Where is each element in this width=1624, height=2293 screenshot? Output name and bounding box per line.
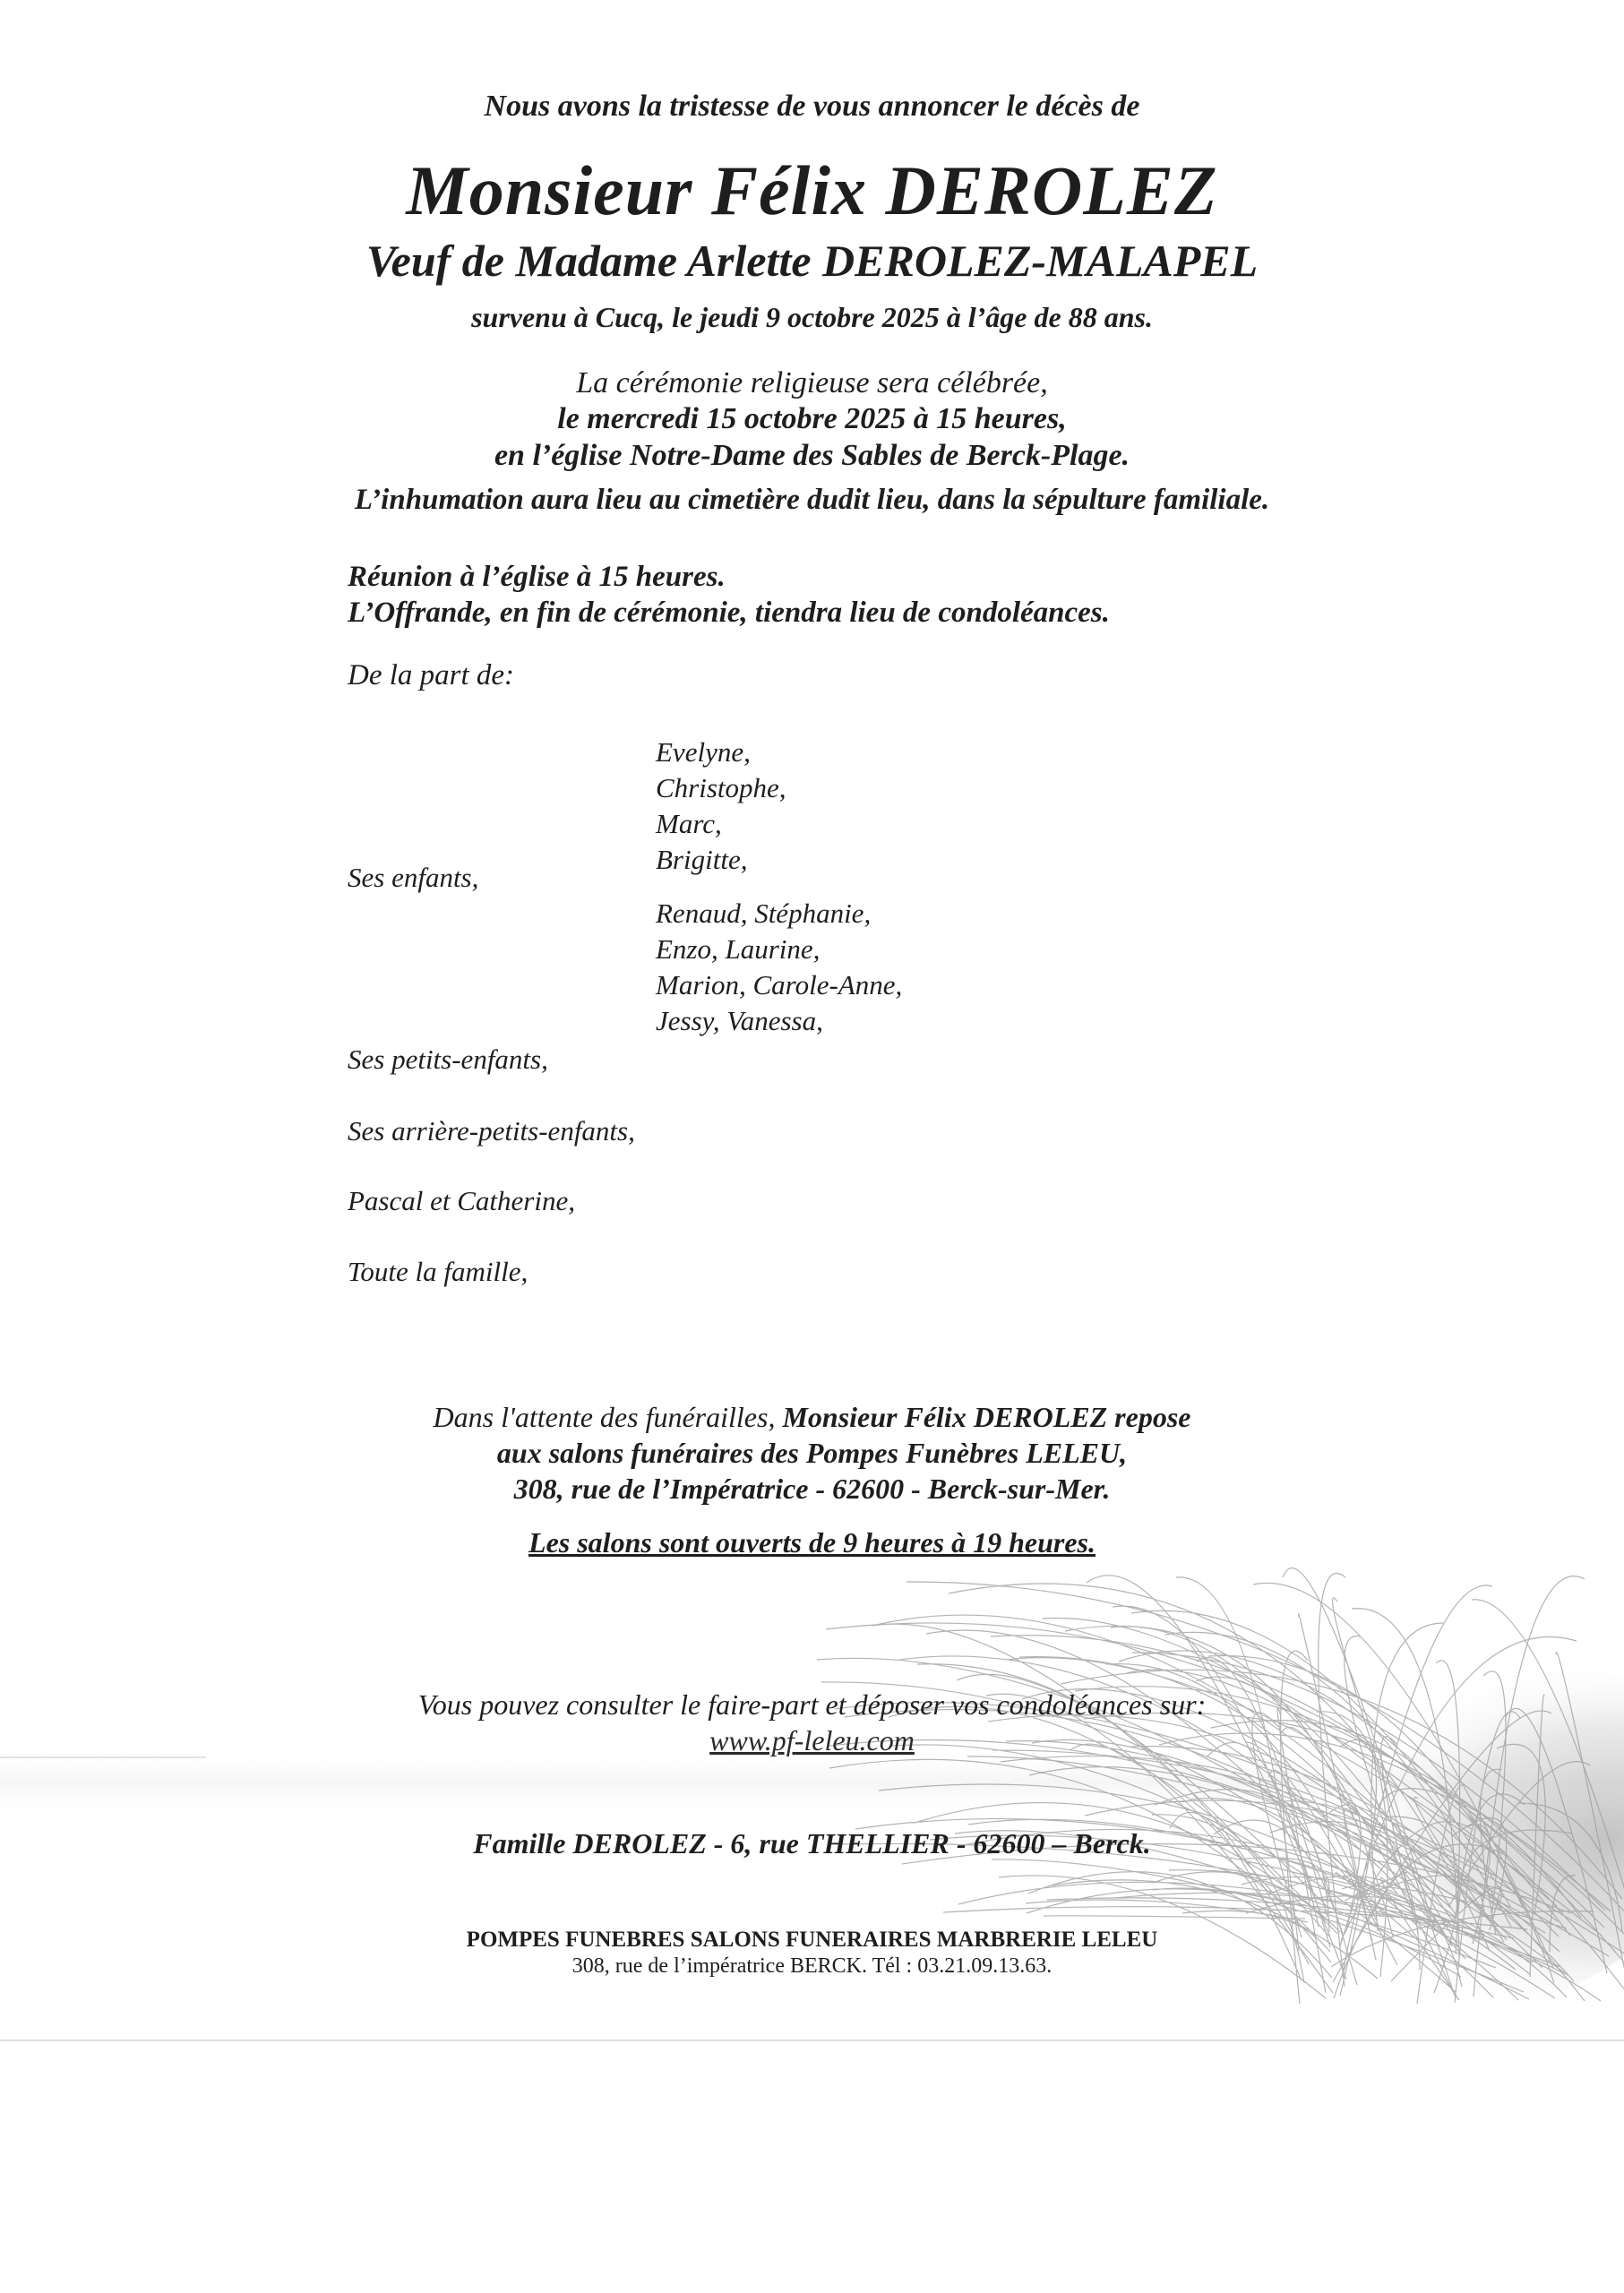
ceremony-location: en l’église Notre-Dame des Sables de Ber… bbox=[0, 438, 1624, 474]
ceremony-line-1: La cérémonie religieuse sera célébrée, bbox=[0, 365, 1624, 401]
grandchildren-label: Ses petits-enfants, bbox=[348, 1043, 548, 1076]
burial-info: L’inhumation aura lieu au cimetière dudi… bbox=[0, 484, 1624, 517]
grandchildren-names-list: Renaud, Stéphanie, Enzo, Laurine, Marion… bbox=[656, 896, 902, 1039]
online-condolences-text: Vous pouvez consulter le faire-part et d… bbox=[0, 1688, 1624, 1722]
from-label: De la part de: bbox=[348, 659, 514, 692]
list-item: Jessy, Vanessa, bbox=[656, 1003, 902, 1039]
beach-grass-image bbox=[0, 1523, 1624, 2060]
company-address: 308, rue de l’impératrice BERCK. Tél : 0… bbox=[0, 1954, 1624, 1979]
other-relatives: Pascal et Catherine, bbox=[348, 1185, 575, 1217]
family-address: Famille DEROLEZ - 6, rue THELLIER - 6260… bbox=[0, 1827, 1624, 1860]
intro-text: Nous avons la tristesse de vous annoncer… bbox=[0, 90, 1624, 124]
list-item: Christophe, bbox=[656, 770, 786, 806]
repose-address: 308, rue de l’Impératrice - 62600 - Berc… bbox=[0, 1471, 1624, 1507]
opening-hours: Les salons sont ouverts de 9 heures à 19… bbox=[0, 1526, 1624, 1559]
all-family-label: Toute la famille, bbox=[348, 1256, 528, 1288]
repose-name: Monsieur Félix DEROLEZ repose bbox=[782, 1401, 1190, 1433]
list-item: Enzo, Laurine, bbox=[656, 932, 902, 967]
death-details: survenu à Cucq, le jeudi 9 octobre 2025 … bbox=[0, 301, 1624, 334]
list-item: Renaud, Stéphanie, bbox=[656, 896, 902, 932]
list-item: Brigitte, bbox=[656, 842, 786, 878]
repose-line-1: Dans l'attente des funérailles, Monsieur… bbox=[0, 1399, 1624, 1435]
children-label: Ses enfants, bbox=[348, 862, 478, 894]
repose-line-2: aux salons funéraires des Pompes Funèbre… bbox=[0, 1435, 1624, 1471]
list-item: Marc, bbox=[656, 806, 786, 842]
website-link[interactable]: www.pf-leleu.com bbox=[0, 1724, 1624, 1757]
repose-prefix: Dans l'attente des funérailles, bbox=[434, 1401, 783, 1433]
list-item: Evelyne, bbox=[656, 734, 786, 770]
widow-of-text: Veuf de Madame Arlette DEROLEZ-MALAPEL bbox=[0, 235, 1624, 287]
list-item: Marion, Carole-Anne, bbox=[656, 967, 902, 1003]
great-grandchildren-label: Ses arrière-petits-enfants, bbox=[348, 1115, 635, 1147]
company-name: POMPES FUNEBRES SALONS FUNERAIRES MARBRE… bbox=[0, 1928, 1624, 1953]
ceremony-date: le mercredi 15 octobre 2025 à 15 heures, bbox=[0, 401, 1624, 437]
offering-info: L’Offrande, en fin de cérémonie, tiendra… bbox=[348, 597, 1110, 630]
reunion-info: Réunion à l’église à 15 heures. bbox=[348, 561, 726, 594]
children-names-list: Evelyne, Christophe, Marc, Brigitte, bbox=[656, 734, 786, 878]
deceased-name: Monsieur Félix DEROLEZ bbox=[0, 150, 1624, 231]
